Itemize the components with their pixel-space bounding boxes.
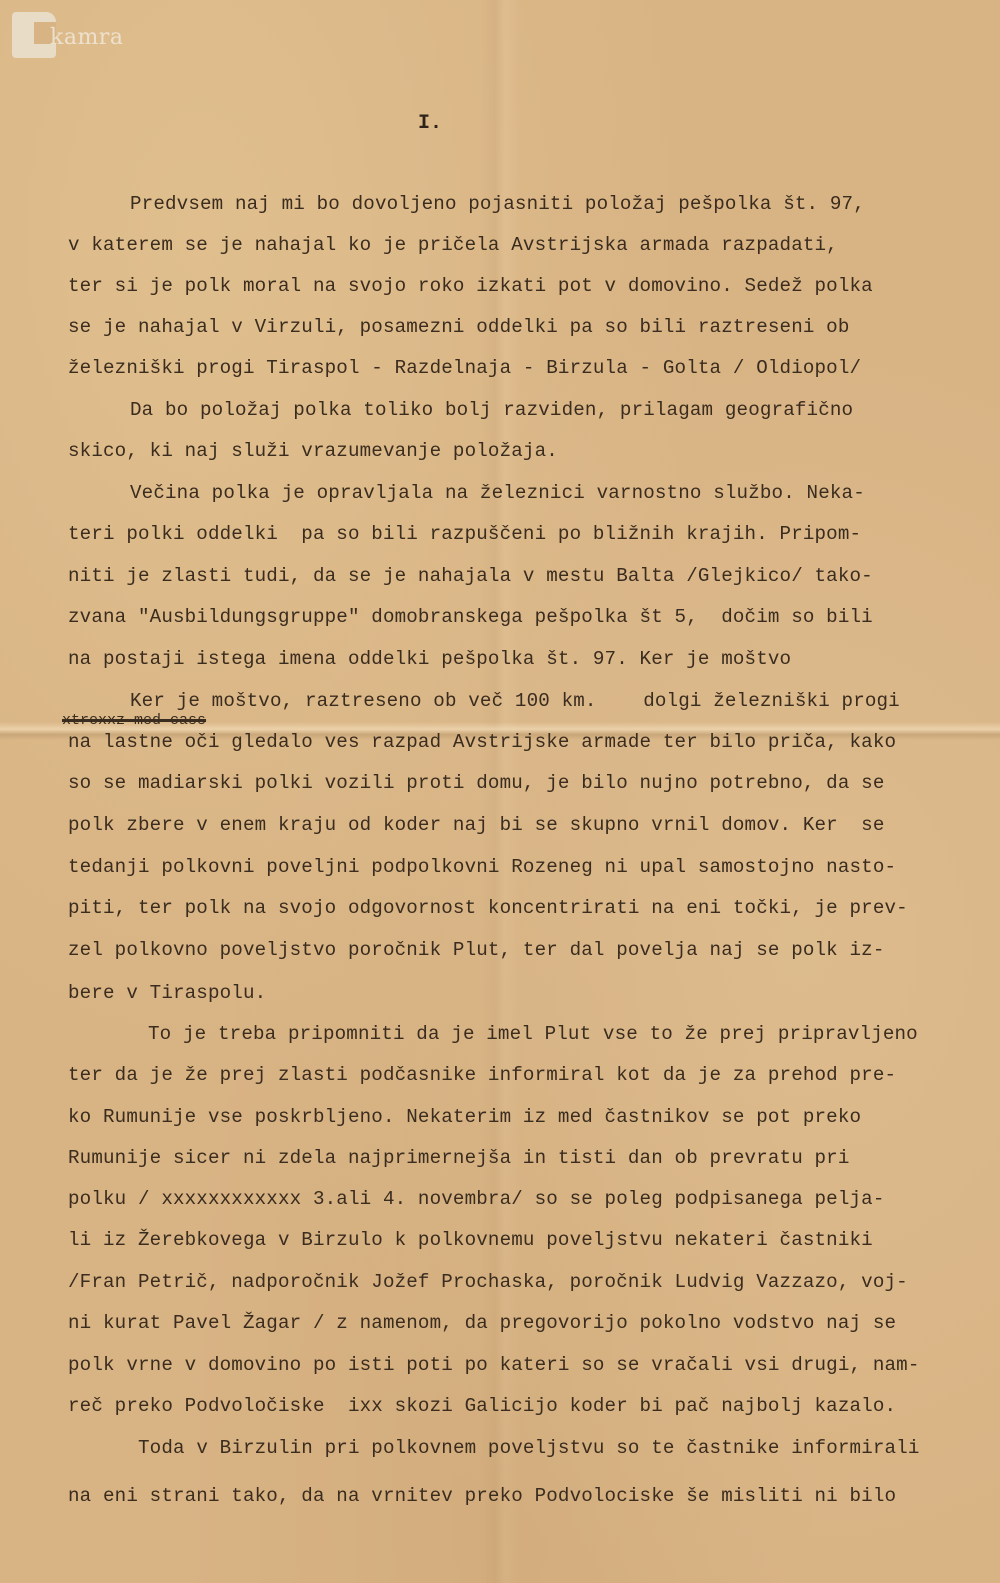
text-line: se je nahajal v Virzuli, posamezni oddel… <box>68 316 850 338</box>
text-line: teri polki oddelki pa so bili razpuščeni… <box>68 523 861 545</box>
text-line: piti, ter polk na svojo odgovornost konc… <box>68 897 908 919</box>
struck-out-text: xtrexxz med cass <box>62 712 206 729</box>
watermark-text: kamra <box>50 25 123 50</box>
text-line: Rumunije sicer ni zdela najprimernejša i… <box>68 1147 850 1169</box>
text-line: Toda v Birzulin pri polkovnem poveljstvu… <box>138 1437 920 1459</box>
text-line: Ker je moštvo, raztreseno ob več 100 km.… <box>130 690 900 712</box>
text-line: reč preko Podvoločiske ixx skozi Galicij… <box>68 1395 896 1417</box>
text-line: polk vrne v domovino po isti poti po kat… <box>68 1354 920 1376</box>
text-line: na lastne oči gledalo ves razpad Avstrij… <box>68 731 896 753</box>
text-line: To je treba pripomniti da je imel Plut v… <box>148 1023 918 1045</box>
text-line: na postaji istega imena oddelki pešpolka… <box>68 648 791 670</box>
text-line: ni kurat Pavel Žagar / z namenom, da pre… <box>68 1312 896 1334</box>
text-line: v katerem se je nahajal ko je pričela Av… <box>68 234 838 256</box>
text-line: zvana "Ausbildungsgruppe" domobranskega … <box>68 606 873 628</box>
text-line: na eni strani tako, da na vrnitev preko … <box>68 1485 896 1507</box>
text-line: Predvsem naj mi bo dovoljeno pojasniti p… <box>130 193 865 215</box>
text-line: Da bo položaj polka toliko bolj razviden… <box>130 399 853 421</box>
text-line: ko Rumunije vse poskrbljeno. Nekaterim i… <box>68 1106 861 1128</box>
text-line: tedanji polkovni poveljni podpolkovni Ro… <box>68 856 896 878</box>
kamra-watermark: kamra <box>12 12 123 58</box>
text-line: zel polkovno poveljstvo poročnik Plut, t… <box>68 939 885 961</box>
text-line: so se madiarski polki vozili proti domu,… <box>68 772 885 794</box>
text-line: bere v Tiraspolu. <box>68 982 266 1004</box>
text-line: Večina polka je opravljala na železnici … <box>130 482 865 504</box>
text-line: skico, ki naj služi vrazumevanje položaj… <box>68 440 558 462</box>
text-line: /Fran Petrič, nadporočnik Jožef Prochask… <box>68 1271 908 1293</box>
text-line: ter da je že prej zlasti podčasnike info… <box>68 1064 896 1086</box>
text-line: niti je zlasti tudi, da se je nahajala v… <box>68 565 873 587</box>
text-line: železniški progi Tiraspol - Razdelnaja -… <box>68 357 861 379</box>
text-line: li iz Žerebkovega v Birzulo k polkovnemu… <box>68 1229 873 1251</box>
section-heading: I. <box>418 112 442 135</box>
text-line: polk zbere v enem kraju od koder naj bi … <box>68 814 885 836</box>
text-line: polku / xxxxxxxxxxxx 3.ali 4. novembra/ … <box>68 1188 885 1210</box>
text-line: ter si je polk moral na svojo roko izkat… <box>68 275 873 297</box>
